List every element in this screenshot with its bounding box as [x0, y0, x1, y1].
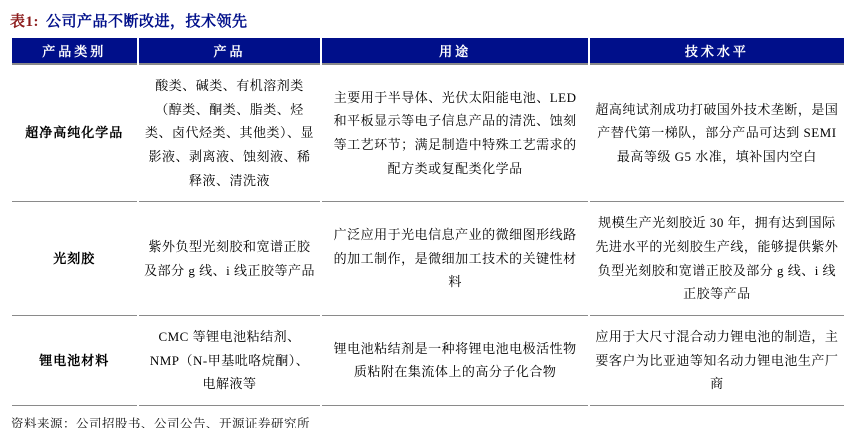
cell-tech: 应用于大尺寸混合动力锂电池的制造，主要客户为比亚迪等知名动力锂电池生产厂商	[590, 316, 844, 406]
column-header-product: 产品	[139, 38, 321, 65]
table-row: 锂电池材料 CMC 等锂电池粘结剂、 NMP（N-甲基吡咯烷酮）、电解液等 锂电…	[12, 316, 844, 406]
cell-tech: 规模生产光刻胶近 30 年，拥有达到国际先进水平的光刻胶生产线，能够提供紫外负型…	[590, 202, 844, 316]
cell-product: 酸类、碱类、有机溶剂类（醇类、酮类、脂类、烃类、卤代烃类、其他类）、显影液、剥离…	[139, 65, 321, 202]
table-row: 光刻胶 紫外负型光刻胶和宽谱正胶及部分 g 线、i 线正胶等产品 广泛应用于光电…	[12, 202, 844, 316]
report-page: 表1:公司产品不断改进，技术领先 产品类别 产品 用途 技术水平 超净高纯化学品…	[0, 0, 852, 428]
cell-product: CMC 等锂电池粘结剂、 NMP（N-甲基吡咯烷酮）、电解液等	[139, 316, 321, 406]
table-header-row: 产品类别 产品 用途 技术水平	[12, 38, 844, 65]
product-table: 产品类别 产品 用途 技术水平 超净高纯化学品 酸类、碱类、有机溶剂类（醇类、酮…	[10, 38, 846, 406]
table-title-text: 公司产品不断改进，技术领先	[46, 14, 248, 30]
cell-product: 紫外负型光刻胶和宽谱正胶及部分 g 线、i 线正胶等产品	[139, 202, 321, 316]
table-title-label: 表1:	[10, 14, 39, 30]
cell-tech: 超高纯试剂成功打破国外技术垄断，是国产替代第一梯队，部分产品可达到 SEMI 最…	[590, 65, 844, 202]
column-header-category: 产品类别	[12, 38, 137, 65]
cell-usage: 主要用于半导体、光伏太阳能电池、LED和平板显示等电子信息产品的清洗、蚀刻等工艺…	[322, 65, 587, 202]
cell-usage: 广泛应用于光电信息产业的微细图形线路的加工制作，是微细加工技术的关键性材料	[322, 202, 587, 316]
cell-category: 锂电池材料	[12, 316, 137, 406]
column-header-usage: 用途	[322, 38, 587, 65]
column-header-tech: 技术水平	[590, 38, 844, 65]
cell-usage: 锂电池粘结剂是一种将锂电池电极活性物质粘附在集流体上的高分子化合物	[322, 316, 587, 406]
table-title: 表1:公司产品不断改进，技术领先	[10, 10, 845, 31]
table-row: 超净高纯化学品 酸类、碱类、有机溶剂类（醇类、酮类、脂类、烃类、卤代烃类、其他类…	[12, 65, 844, 202]
source-note: 资料来源：公司招股书、公司公告、开源证券研究所	[11, 414, 845, 428]
cell-category: 超净高纯化学品	[12, 65, 137, 202]
cell-category: 光刻胶	[12, 202, 137, 316]
